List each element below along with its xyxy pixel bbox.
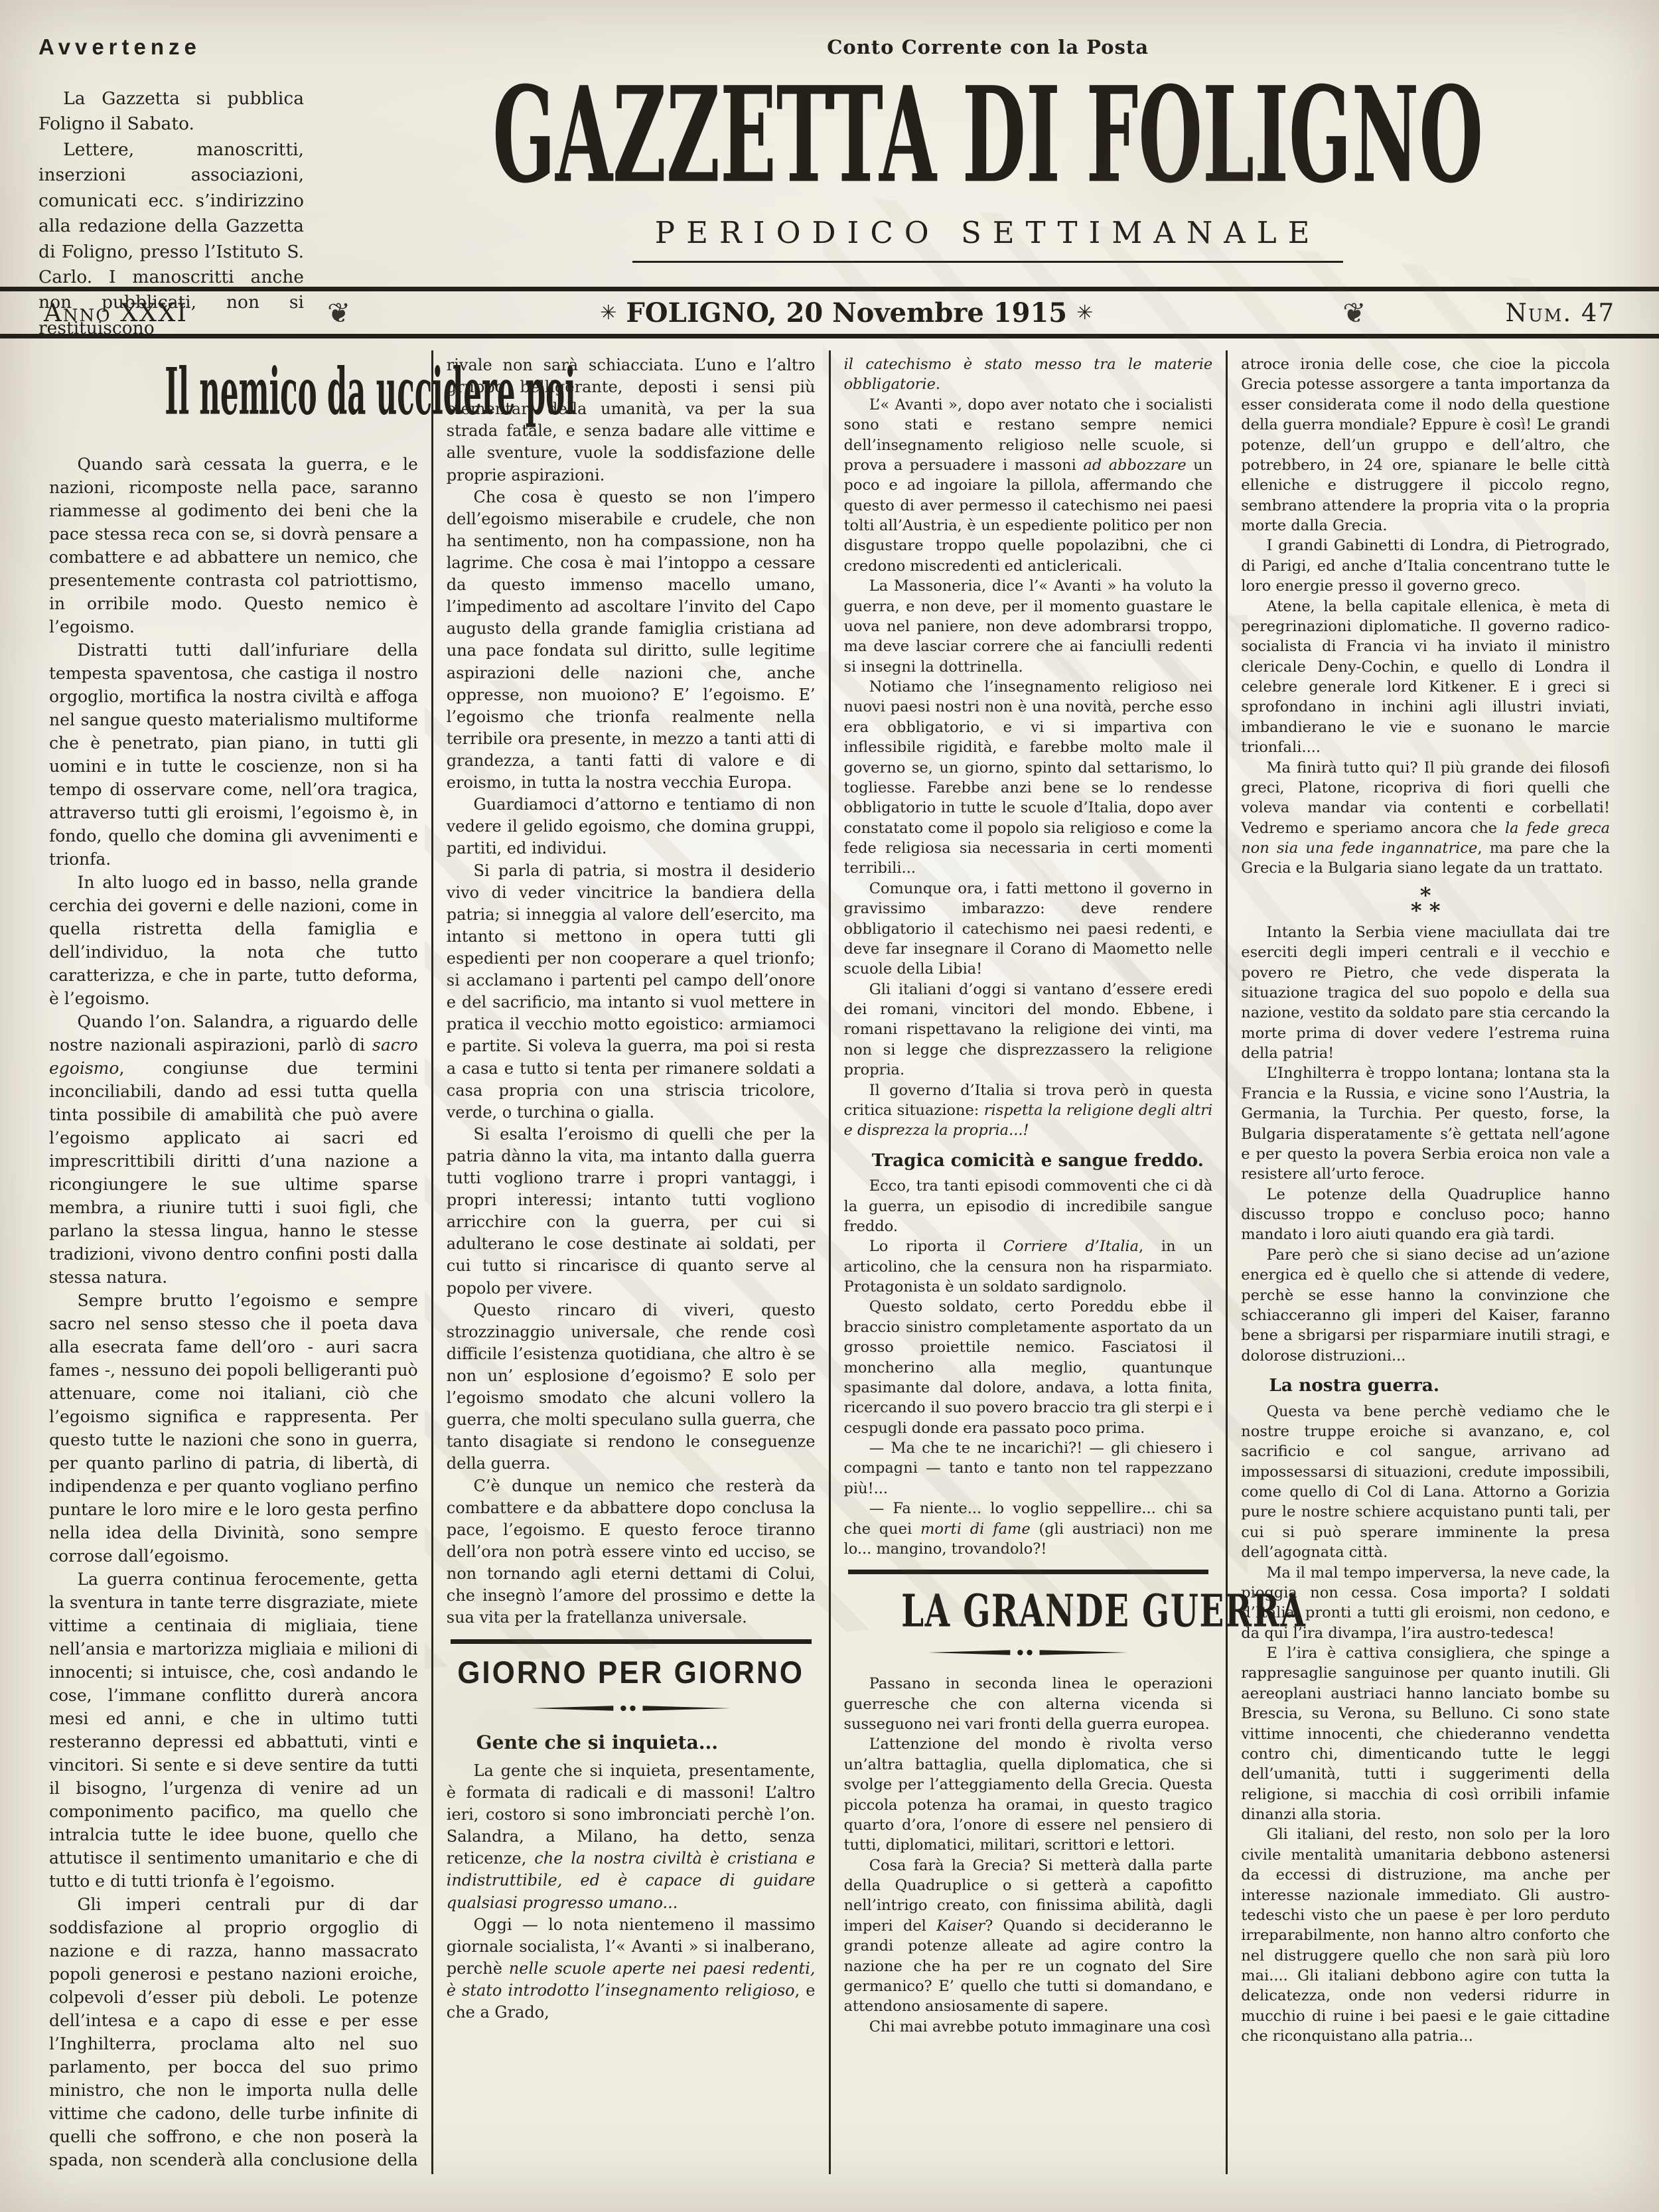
paragraph: E l’ira è cattiva consigliera, che sping…: [1241, 1643, 1610, 1824]
article-body: Intanto la Serbia viene maciullata dai t…: [1241, 922, 1610, 1366]
notices-box: Avvertenze La Gazzetta si pubblica Folig…: [38, 35, 304, 341]
paragraph: — Fa niente... lo voglio seppellire... c…: [844, 1499, 1213, 1559]
section-divider: [848, 1570, 1209, 1574]
star-ornament-icon: ✳: [591, 301, 626, 325]
paragraph: Distratti tutti dall’infuriare della tem…: [49, 638, 418, 871]
paragraph: Lo riporta il Corriere d’Italia, in un a…: [844, 1236, 1213, 1297]
volume-label: Anno XXXI: [44, 299, 188, 327]
paragraph: Gli italiani, del resto, non solo per la…: [1241, 1824, 1610, 2046]
paragraph: La gente che si inquieta, presentamente,…: [447, 1760, 816, 1914]
paragraph: atroce ironia delle cose, che cioe la pi…: [1241, 354, 1610, 536]
issue-number: Num. 47: [1505, 299, 1615, 327]
paragraph: Atene, la bella capitale ellenica, è met…: [1241, 597, 1610, 758]
subheading: Gente che si inquieta...: [447, 1730, 816, 1756]
paragraph: Passano in seconda linea le operazioni g…: [844, 1674, 1213, 1734]
paragraph: Si parla di patria, si mostra il desider…: [447, 860, 816, 1124]
fleuron-icon: ❦: [327, 297, 350, 329]
issue-dateline: ✳FOLIGNO, 20 Novembre 1915✳: [350, 297, 1342, 329]
paragraph: Oggi — lo nota nientemeno il massimo gio…: [447, 1914, 816, 2024]
paragraph: In alto luogo ed in basso, nella grande …: [49, 871, 418, 1010]
spear-ornament-icon: [844, 1643, 1213, 1663]
masthead-center: Conto Corrente con la Posta GAZZETTA DI …: [319, 35, 1657, 341]
paragraph: Intanto la Serbia viene maciullata dai t…: [1241, 922, 1610, 1064]
article-body: il catechismo è stato messo tra le mater…: [844, 354, 1213, 1141]
column-4: atroce ironia delle cose, che cioe la pi…: [1226, 350, 1623, 2174]
paragraph: Che cosa è questo se non l’impero dell’e…: [447, 486, 816, 794]
article-body: Ecco, tra tanti episodi commoventi che c…: [844, 1176, 1213, 1559]
subheading: Tragica comicità e sangue freddo.: [844, 1149, 1213, 1173]
article-body: La gente che si inquieta, presentamente,…: [447, 1760, 816, 2024]
section-header-giorno: GIORNO PER GIORNO: [447, 1653, 816, 1694]
paragraph: Chi mai avrebbe potuto immaginare una co…: [844, 2017, 1213, 2037]
star-ornament-icon: ✳: [1067, 301, 1102, 325]
paragraph: Questo soldato, certo Poreddu ebbe il br…: [844, 1297, 1213, 1438]
article-body: rivale non sarà schiacciata. L’uno e l’a…: [447, 354, 816, 1629]
paragraph: L’« Avanti », dopo aver notato che i soc…: [844, 395, 1213, 576]
column-1: Il nemico da uccidere poi Quando sarà ce…: [36, 350, 431, 2174]
column-3: il catechismo è stato messo tra le mater…: [829, 350, 1226, 2174]
newspaper-page: Avvertenze La Gazzetta si pubblica Folig…: [0, 0, 1659, 2212]
newspaper-title-wrap: GAZZETTA DI FOLIGNO: [319, 58, 1657, 212]
paragraph: La guerra continua ferocemente, getta la…: [49, 1568, 418, 1893]
article-body: Questa va bene perchè vediamo che le nos…: [1241, 1402, 1610, 2047]
paragraph: Il governo d’Italia si trova però in que…: [844, 1080, 1213, 1141]
paragraph: Guardiamoci d’attorno e tentiamo di non …: [447, 794, 816, 859]
fleuron-icon: ❦: [1342, 297, 1366, 329]
notices-title: Avvertenze: [38, 35, 304, 60]
notice-paragraph: La Gazzetta si pubblica Foligno il Sabat…: [38, 86, 304, 137]
paragraph: C’è dunque un nemico che resterà da comb…: [447, 1475, 816, 1629]
subheading: La nostra guerra.: [1241, 1374, 1610, 1398]
column-2: rivale non sarà schiacciata. L’uno e l’a…: [431, 350, 829, 2174]
paragraph: Comunque ora, i fatti mettono il governo…: [844, 879, 1213, 980]
paragraph: Notiamo che l’insegnamento religioso nei…: [844, 677, 1213, 879]
masthead-area: Avvertenze La Gazzetta si pubblica Folig…: [0, 0, 1659, 277]
paragraph: Quando sarà cessata la guerra, e le nazi…: [49, 453, 418, 638]
article-headline: Il nemico da uccidere poi: [49, 361, 418, 430]
spear-ornament-icon: [447, 1698, 816, 1720]
article-body: Quando sarà cessata la guerra, e le nazi…: [49, 453, 418, 2174]
paragraph: Pare però che si siano decise ad un’azio…: [1241, 1245, 1610, 1366]
paragraph: Gli italiani d’oggi si vantano d’essere …: [844, 980, 1213, 1080]
city-date: FOLIGNO, 20 Novembre 1915: [626, 297, 1067, 329]
newspaper-title: GAZZETTA DI FOLIGNO: [492, 58, 1483, 212]
paragraph: Questa va bene perchè vediamo che le nos…: [1241, 1402, 1610, 1563]
paragraph: Le potenze della Quadruplice hanno discu…: [1241, 1185, 1610, 1245]
paragraph: il catechismo è stato messo tra le mater…: [844, 354, 1213, 395]
asterism-ornament: * * *: [1241, 888, 1610, 919]
paragraph: — Ma che te ne incarichi?! — gli chieser…: [844, 1438, 1213, 1499]
paragraph: L’attenzione del mondo è rivolta verso u…: [844, 1734, 1213, 1855]
paragraph: Ecco, tra tanti episodi commoventi che c…: [844, 1176, 1213, 1236]
section-header-guerra: LA GRANDE GUERRA: [844, 1584, 1213, 1639]
paragraph: La Massoneria, dice l’« Avanti » ha volu…: [844, 576, 1213, 677]
paragraph: Gli imperi centrali pur di dar soddisfaz…: [49, 1893, 418, 2174]
section-divider: [451, 1639, 812, 1644]
paragraph: Si esalta l’eroismo di quelli che per la…: [447, 1124, 816, 1299]
paragraph: Sempre brutto l’egoismo e sempre sacro n…: [49, 1289, 418, 1568]
article-body: atroce ironia delle cose, che cioe la pi…: [1241, 354, 1610, 879]
paragraph: Questo rincaro di viveri, questo strozzi…: [447, 1299, 816, 1475]
article-columns: Il nemico da uccidere poi Quando sarà ce…: [0, 350, 1659, 2174]
newspaper-subtitle: PERIODICO SETTIMANALE: [632, 215, 1344, 263]
paragraph: Ma finirà tutto qui? Il più grande dei f…: [1241, 758, 1610, 879]
paragraph: L’Inghilterra è troppo lontana; lontana …: [1241, 1063, 1610, 1184]
paragraph: Cosa farà la Grecia? Si metterà dalla pa…: [844, 1856, 1213, 2017]
postal-note: Conto Corrente con la Posta: [319, 36, 1657, 58]
paragraph: I grandi Gabinetti di Londra, di Pietrog…: [1241, 536, 1610, 596]
article-body: Passano in seconda linea le operazioni g…: [844, 1674, 1213, 2037]
paragraph: Quando l’on. Salandra, a riguardo delle …: [49, 1010, 418, 1289]
